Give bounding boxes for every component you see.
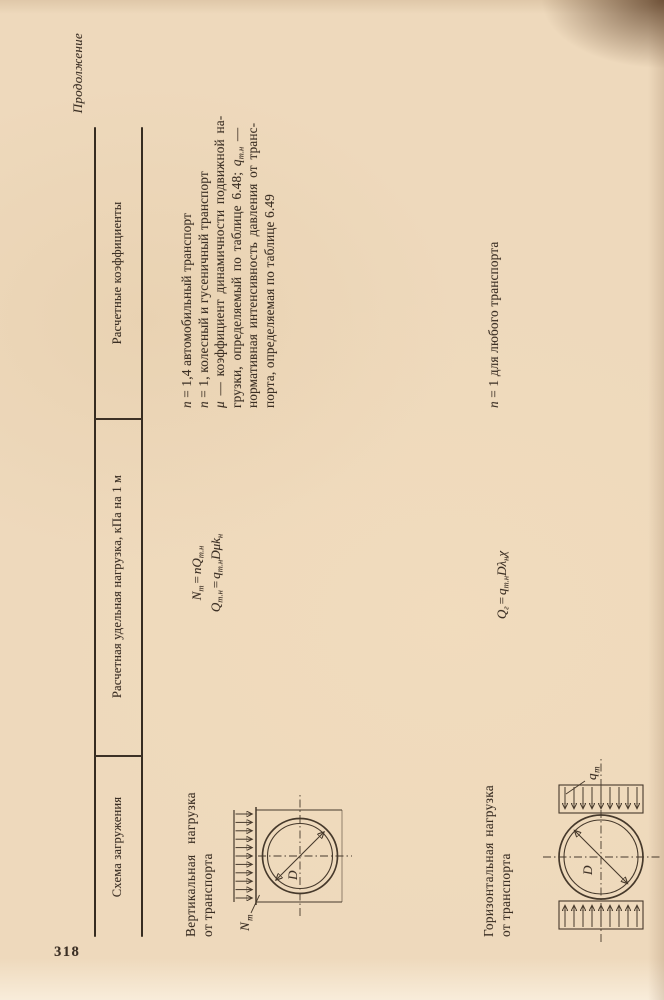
load-label-leader [566, 781, 585, 794]
note-line: грузки, определяемый по таблице 6.48; qт… [229, 116, 246, 408]
row1-label-line1: Вертикальная нагрузка [182, 792, 199, 937]
load-arrows-down [236, 814, 252, 898]
row2-formulas: Qг=qт.нDλнχ [492, 512, 511, 658]
note-line: n = 1, колесный и гусеничный транспорт [196, 116, 213, 408]
row2-diagram-horizontal-load-scheme: D q т [540, 750, 664, 945]
continuation-label: Продолжение [70, 33, 86, 113]
note-line: μ — коэффициент динамичности подвижной н… [212, 116, 229, 408]
note-line: n = 1 для любого транспорта [486, 242, 503, 408]
load-label: q [584, 773, 599, 780]
formula-vertical-load-2: Qт.н=qт.нDμkн [206, 506, 225, 640]
formula-horizontal-load: Qг=qт.нDλнχ [492, 512, 511, 658]
row1-diagram-vertical-load-scheme: D N т [226, 762, 358, 942]
column-header-load: Расчетная удельная нагрузка, кПа на 1 м [110, 420, 125, 753]
scanned-book-page: 318 Продолжение Схема загружения Расчетн… [0, 0, 664, 1000]
row1-formulas: Nт=nQт.н Qт.н=qт.нDμkн [187, 506, 225, 640]
row1-label: Вертикальная нагрузка от транспорта [182, 792, 216, 937]
diameter-label: D [580, 865, 595, 876]
formula-vertical-load-1: Nт=nQт.н [187, 506, 206, 640]
column-header-coefficients: Расчетные коэффициенты [110, 128, 125, 418]
row2-coefficients-text: n = 1 для любого транспорта [486, 242, 503, 408]
rotated-table-area: Продолжение Схема загружения Расчетная у… [0, 0, 664, 1000]
row1-label-line2: от транспорта [199, 792, 216, 937]
note-line: порта, определяемая по таблице 6.49 [262, 116, 279, 408]
load-label-subscript: т [592, 766, 602, 773]
diameter-label: D [285, 870, 300, 881]
row1-coefficients-text: n = 1,4 автомобильный транспорт n = 1, к… [179, 116, 279, 408]
table-header-bottom-rule [141, 127, 143, 937]
note-line: нормативная интенсивность давления от тр… [245, 116, 262, 408]
note-line: n = 1,4 автомобильный транспорт [179, 116, 196, 408]
row2-label: Горизонтальная нагрузка от транспорта [480, 785, 514, 937]
load-label: N [237, 921, 252, 932]
row2-label-line2: от транспорта [497, 785, 514, 937]
row2-label-line1: Горизонтальная нагрузка [480, 785, 497, 937]
column-header-scheme: Схема загружения [110, 757, 125, 937]
load-label-subscript: т [245, 914, 255, 921]
table-top-rule [94, 127, 96, 937]
